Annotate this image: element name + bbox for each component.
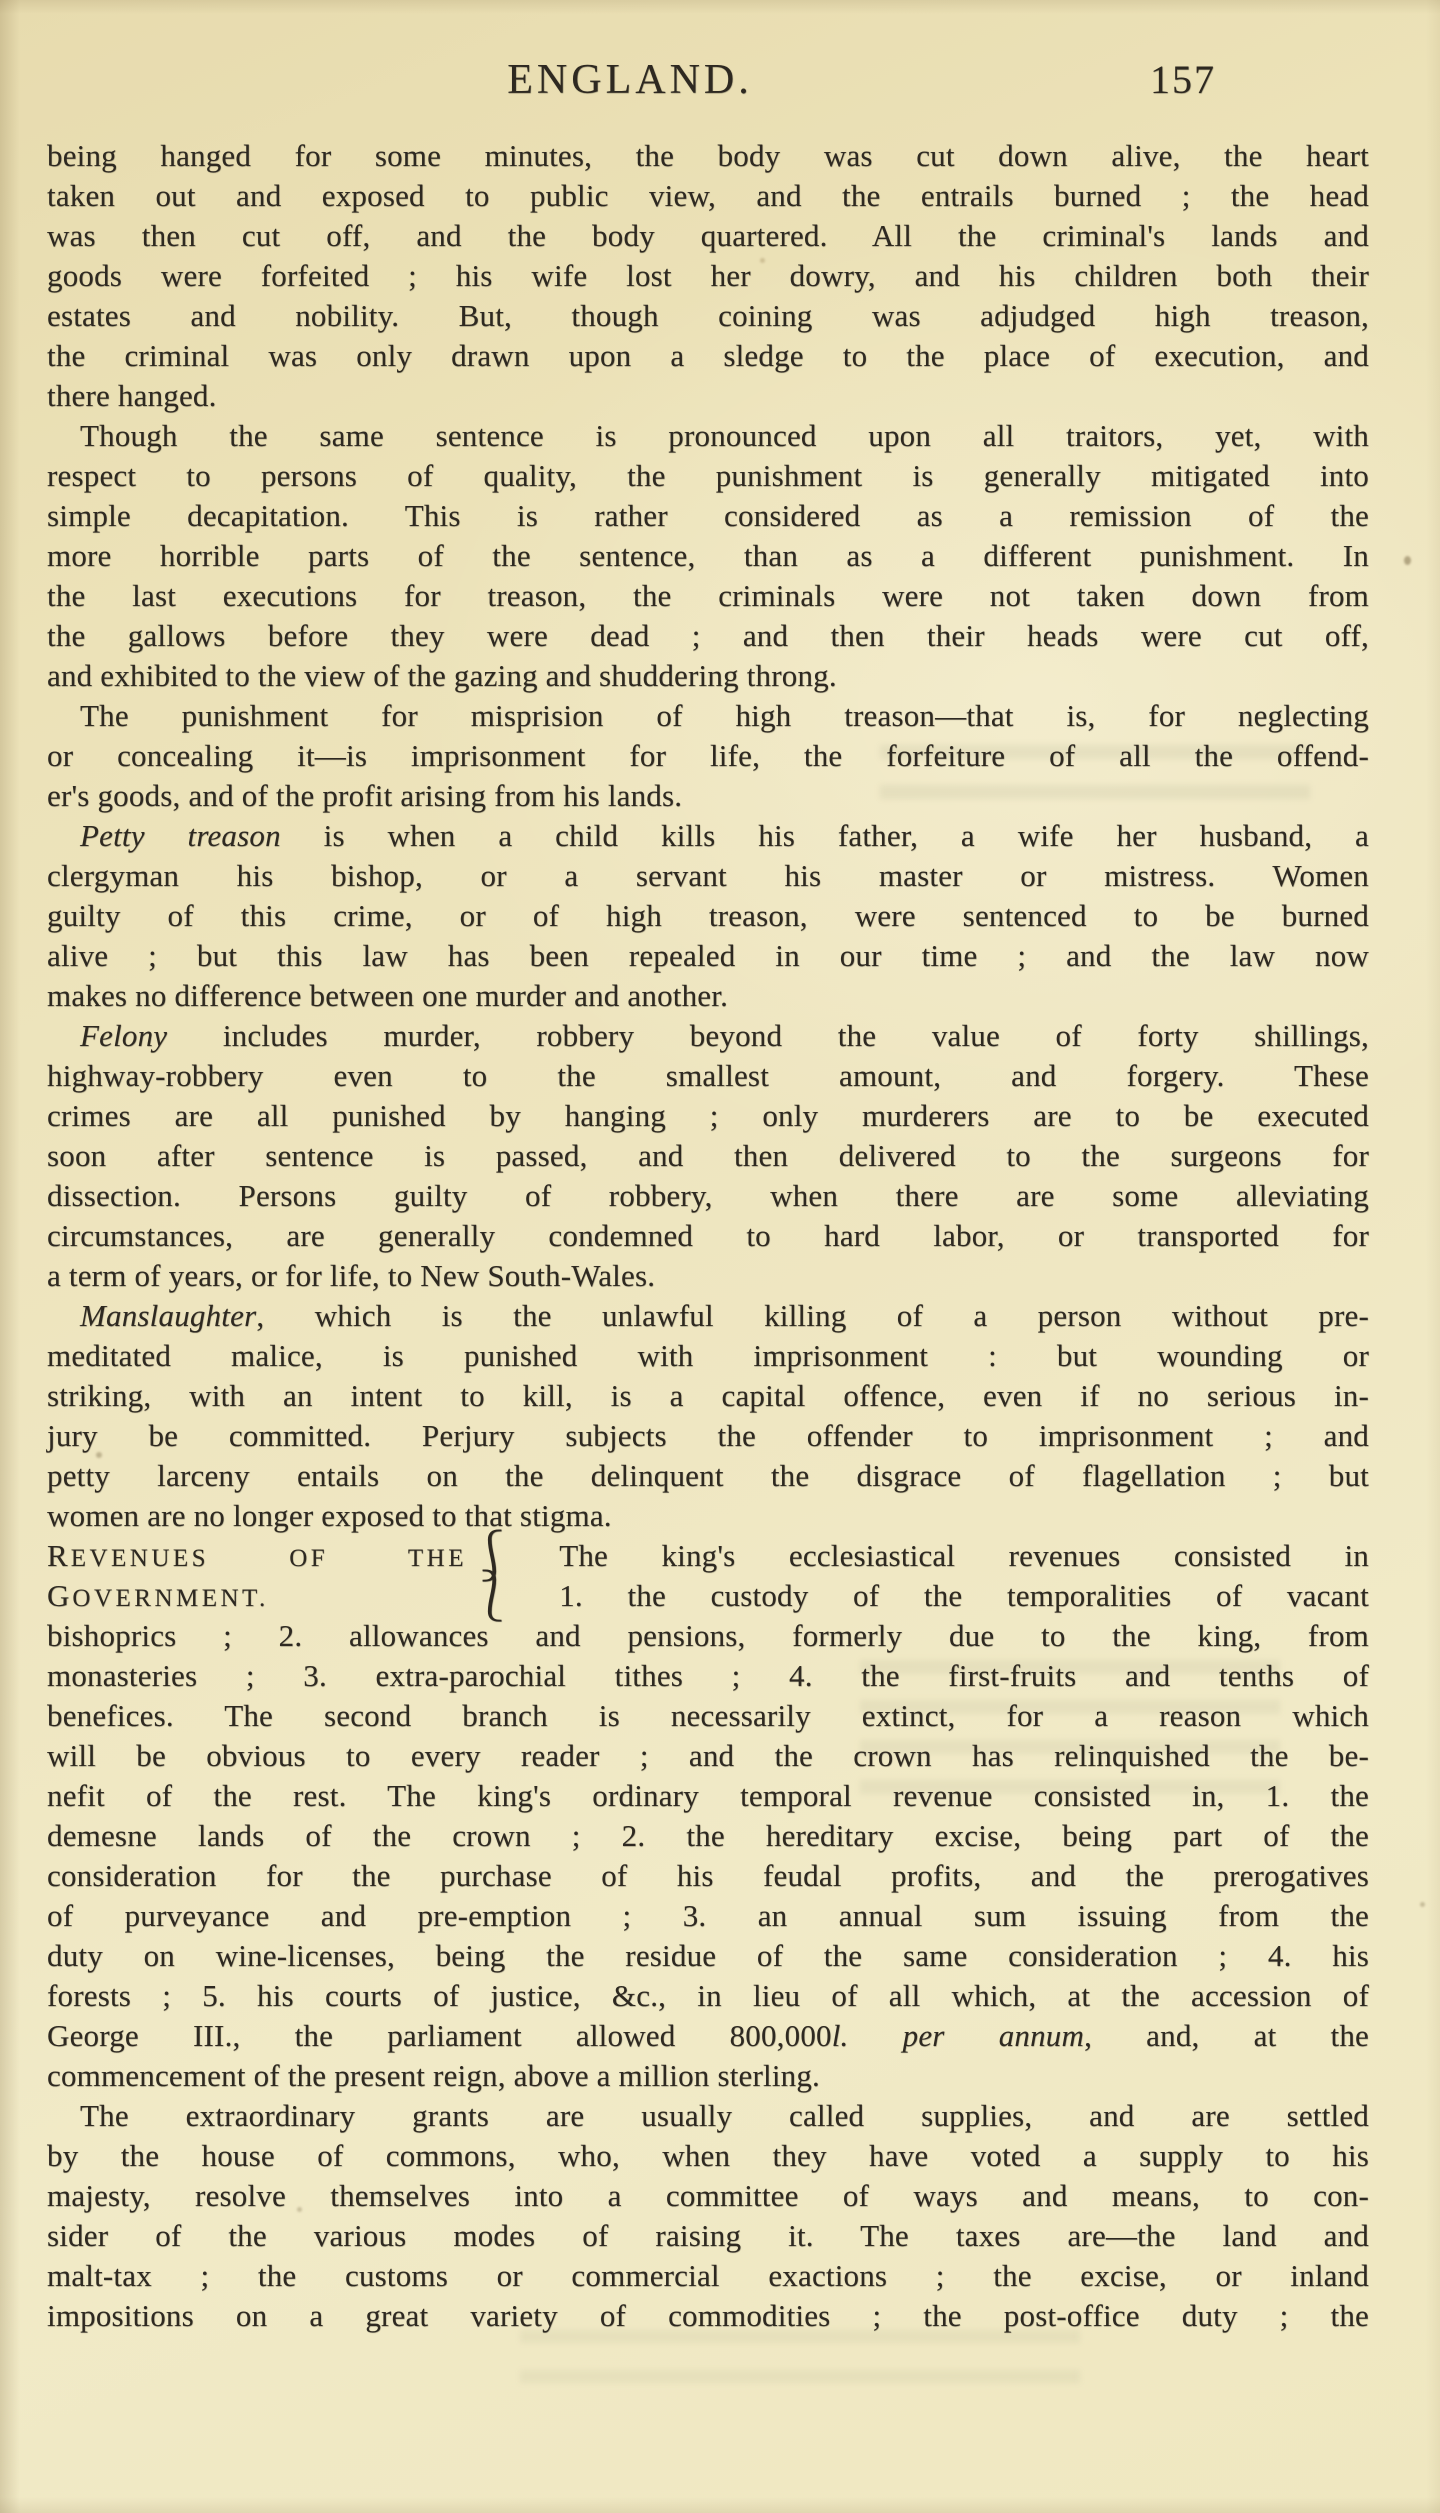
- body-text: being hanged for some minutes, the body …: [47, 136, 1369, 2336]
- paragraph: Manslaughter, which is the unlawful kill…: [47, 1296, 1369, 1536]
- paragraph: REVENUES OF THE⎰The king's ecclesiastica…: [47, 1536, 1369, 2096]
- text-line: circumstances, are generally condemned t…: [47, 1216, 1369, 1256]
- text-line: George III., the parliament allowed 800,…: [47, 2016, 1369, 2056]
- text-line: or concealing it—is imprisonment for lif…: [47, 736, 1369, 776]
- sidehead-initial: G: [47, 1578, 72, 1613]
- book-page: ENGLAND. 157 being hanged for some minut…: [0, 0, 1440, 2513]
- sidehead-line: GOVERNMENT.⎱1. the custody of the tempor…: [47, 1576, 1369, 1616]
- text-line: The extraordinary grants are usually cal…: [47, 2096, 1369, 2136]
- text-line: er's goods, and of the profit arising fr…: [47, 776, 1369, 816]
- sidehead-label: REVENUES OF THE: [47, 1536, 467, 1576]
- text-line: clergyman his bishop, or a servant his m…: [47, 856, 1369, 896]
- text-line: was then cut off, and the body quartered…: [47, 216, 1369, 256]
- paragraph: being hanged for some minutes, the body …: [47, 136, 1369, 416]
- text-line: by the house of commons, who, when they …: [47, 2136, 1369, 2176]
- text-line: bishoprics ; 2. allowances and pensions,…: [47, 1616, 1369, 1656]
- brace-glyph: ⎱: [467, 1576, 517, 1616]
- text-line: The punishment for misprision of high tr…: [47, 696, 1369, 736]
- text-line: crimes are all punished by hanging ; onl…: [47, 1096, 1369, 1136]
- text-line: dissection. Persons guilty of robbery, w…: [47, 1176, 1369, 1216]
- text-line: women are no longer exposed to that stig…: [47, 1496, 1369, 1536]
- text-line: The king's ecclesiastical revenues consi…: [517, 1536, 1369, 1576]
- text-line: nefit of the rest. The king's ordinary t…: [47, 1776, 1369, 1816]
- text-line: commencement of the present reign, above…: [47, 2056, 1369, 2096]
- foxing-speck: [1420, 1902, 1425, 1907]
- text-line: Manslaughter, which is the unlawful kill…: [47, 1296, 1369, 1336]
- text-line: sider of the various modes of raising it…: [47, 2216, 1369, 2256]
- sidehead-line: REVENUES OF THE⎰The king's ecclesiastica…: [47, 1536, 1369, 1576]
- sidehead-label: GOVERNMENT.: [47, 1576, 467, 1616]
- text-line: the last executions for treason, the cri…: [47, 576, 1369, 616]
- paragraph: The punishment for misprision of high tr…: [47, 696, 1369, 816]
- ink-showthrough-patch: [520, 2330, 1080, 2400]
- text-line: demesne lands of the crown ; 2. the here…: [47, 1816, 1369, 1856]
- text-line: taken out and exposed to public view, an…: [47, 176, 1369, 216]
- text-line: meditated malice, is punished with impri…: [47, 1336, 1369, 1376]
- text-line: Petty treason is when a child kills his …: [47, 816, 1369, 856]
- text-line: consideration for the purchase of his fe…: [47, 1856, 1369, 1896]
- text-line: impositions on a great variety of commod…: [47, 2296, 1369, 2336]
- sidehead-initial: R: [47, 1538, 71, 1573]
- text-line: alive ; but this law has been repealed i…: [47, 936, 1369, 976]
- page-edge-shadow-right: [1426, 0, 1440, 2513]
- text-line: of purveyance and pre-emption ; 3. an an…: [47, 1896, 1369, 1936]
- paragraph: Petty treason is when a child kills his …: [47, 816, 1369, 1016]
- text-line: the gallows before they were dead ; and …: [47, 616, 1369, 656]
- text-line: petty larceny entails on the delinquent …: [47, 1456, 1369, 1496]
- text-line: being hanged for some minutes, the body …: [47, 136, 1369, 176]
- paragraph: The extraordinary grants are usually cal…: [47, 2096, 1369, 2336]
- text-line: estates and nobility. But, though coinin…: [47, 296, 1369, 336]
- text-line: monasteries ; 3. extra-parochial tithes …: [47, 1656, 1369, 1696]
- page-edge-shadow-top: [0, 0, 1440, 14]
- text-line: will be obvious to every reader ; and th…: [47, 1736, 1369, 1776]
- text-line: guilty of this crime, or of high treason…: [47, 896, 1369, 936]
- text-line: 1. the custody of the temporalities of v…: [517, 1576, 1369, 1616]
- text-line: simple decapitation. This is rather cons…: [47, 496, 1369, 536]
- text-line: Felony includes murder, robbery beyond t…: [47, 1016, 1369, 1056]
- text-line: duty on wine-licenses, being the residue…: [47, 1936, 1369, 1976]
- text-line: malt-tax ; the customs or commercial exa…: [47, 2256, 1369, 2296]
- text-line: striking, with an intent to kill, is a c…: [47, 1376, 1369, 1416]
- foxing-speck: [1404, 556, 1411, 565]
- sidehead-smallcaps: EVENUES OF THE: [71, 1545, 467, 1572]
- text-line: soon after sentence is passed, and then …: [47, 1136, 1369, 1176]
- text-line: there hanged.: [47, 376, 1369, 416]
- text-line: makes no difference between one murder a…: [47, 976, 1369, 1016]
- text-line: benefices. The second branch is necessar…: [47, 1696, 1369, 1736]
- page-number: 157: [1150, 56, 1240, 103]
- sidehead-smallcaps: OVERNMENT.: [72, 1585, 268, 1612]
- text-line: goods were forfeited ; his wife lost her…: [47, 256, 1369, 296]
- text-line: and exhibited to the view of the gazing …: [47, 656, 1369, 696]
- text-line: majesty, resolve themselves into a commi…: [47, 2176, 1369, 2216]
- page-edge-shadow-left: [0, 0, 20, 2513]
- text-line: respect to persons of quality, the punis…: [47, 456, 1369, 496]
- page-edge-shadow-bottom: [0, 2497, 1440, 2513]
- paragraph: Though the same sentence is pronounced u…: [47, 416, 1369, 696]
- paragraph: Felony includes murder, robbery beyond t…: [47, 1016, 1369, 1296]
- running-head: ENGLAND. 157: [0, 56, 1440, 108]
- text-line: Though the same sentence is pronounced u…: [47, 416, 1369, 456]
- text-line: the criminal was only drawn upon a sledg…: [47, 336, 1369, 376]
- text-line: highway-robbery even to the smallest amo…: [47, 1056, 1369, 1096]
- page-header-title: ENGLAND.: [450, 56, 810, 104]
- text-line: forests ; 5. his courts of justice, &c.,…: [47, 1976, 1369, 2016]
- text-line: more horrible parts of the sentence, tha…: [47, 536, 1369, 576]
- text-line: jury be committed. Perjury subjects the …: [47, 1416, 1369, 1456]
- text-line: a term of years, or for life, to New Sou…: [47, 1256, 1369, 1296]
